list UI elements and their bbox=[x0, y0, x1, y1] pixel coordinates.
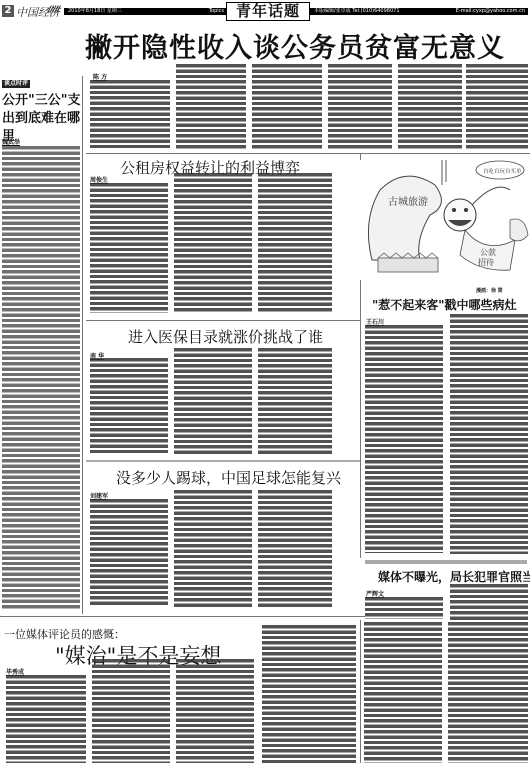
section-title: 青年话题 bbox=[226, 2, 310, 21]
zuqiu-body-col1 bbox=[90, 499, 168, 607]
editor-bar: 本版编辑/张卓成 Tel:(010)64098071 E-mail:cyxp@y… bbox=[310, 8, 528, 15]
section-divider-bar bbox=[365, 560, 527, 564]
zuqiu-body-col3 bbox=[258, 490, 332, 608]
editor-line: 本版编辑/张卓成 Tel:(010)64098071 bbox=[314, 8, 400, 15]
decorative-slashes: ///// bbox=[48, 5, 59, 15]
article-title-guke: "惹不起来客"戳中哪些病灶 bbox=[372, 296, 517, 313]
article-title-yibao: 进入医保目录就涨价挑战了谁 bbox=[128, 326, 323, 347]
column-tag: 谈点时评 bbox=[2, 80, 30, 88]
lead-body-col4 bbox=[328, 64, 392, 150]
svg-text:自吃自玩自买单: 自吃自玩自买单 bbox=[483, 167, 522, 175]
yibao-body-col2 bbox=[174, 348, 252, 454]
section-rule bbox=[0, 616, 365, 617]
masthead: 2 中国经济 ///// 2010年8月18日 星期三 Topics 青年话题 … bbox=[0, 2, 530, 20]
lead-body-col5 bbox=[398, 64, 462, 150]
page-number: 2 bbox=[2, 5, 14, 17]
email-line: E-mail:cyxp@yahoo.com.cn bbox=[456, 8, 525, 15]
article-title-zuqiu: 没多少人踢球，中国足球怎能复兴 bbox=[116, 467, 341, 488]
meizhi-body-col3 bbox=[176, 659, 254, 763]
lead-body-col3 bbox=[252, 64, 322, 150]
section-rule bbox=[86, 460, 360, 462]
meizhi-body-col4 bbox=[262, 625, 356, 763]
meiti-body-col1 bbox=[365, 597, 443, 619]
article-title-meiti: 媒体不曝光，局长犯罪官照当 bbox=[378, 568, 530, 585]
meiti-body-col2 bbox=[450, 584, 528, 620]
guke-body-col2 bbox=[450, 314, 528, 554]
lead-body-col6 bbox=[466, 64, 528, 150]
gongzufang-body-col1 bbox=[90, 183, 168, 313]
zuqiu-body-col2 bbox=[174, 490, 252, 608]
meizhi-body-col5 bbox=[364, 622, 442, 763]
svg-text:古城旅游: 古城旅游 bbox=[388, 195, 428, 208]
section-rule bbox=[86, 320, 360, 321]
article-body-sangong bbox=[2, 146, 80, 610]
section-rule bbox=[86, 153, 530, 154]
main-headline: 撇开隐性收入谈公务员贫富无意义 bbox=[60, 26, 530, 65]
meizhi-body-col1 bbox=[6, 675, 86, 763]
date-bar: 2010年8月18日 星期三 Topics bbox=[64, 8, 226, 15]
yibao-body-col3 bbox=[258, 348, 332, 454]
svg-text:公款: 公款 bbox=[480, 247, 496, 257]
date-line: 2010年8月18日 星期三 bbox=[66, 8, 122, 15]
yibao-body-col1 bbox=[90, 358, 168, 454]
column-divider bbox=[360, 620, 361, 763]
guke-body-col1 bbox=[365, 325, 443, 553]
cartoon-credit: 漫画：徐 简 bbox=[476, 287, 503, 294]
byline-sangong: 魏武举 bbox=[2, 137, 20, 146]
gongzufang-body-col2 bbox=[174, 173, 252, 313]
meizhi-body-col6 bbox=[448, 622, 528, 763]
gongzufang-body-col3 bbox=[258, 173, 332, 313]
column-divider bbox=[82, 76, 83, 614]
lead-body-col2 bbox=[176, 64, 246, 150]
meizhi-body-col2 bbox=[92, 659, 170, 763]
topics-label: Topics bbox=[207, 8, 224, 15]
lead-body-col1 bbox=[90, 80, 170, 150]
editorial-cartoon: 古城旅游 公款 招待 自吃自玩自买单 bbox=[360, 160, 530, 280]
svg-text:招待: 招待 bbox=[478, 257, 494, 267]
